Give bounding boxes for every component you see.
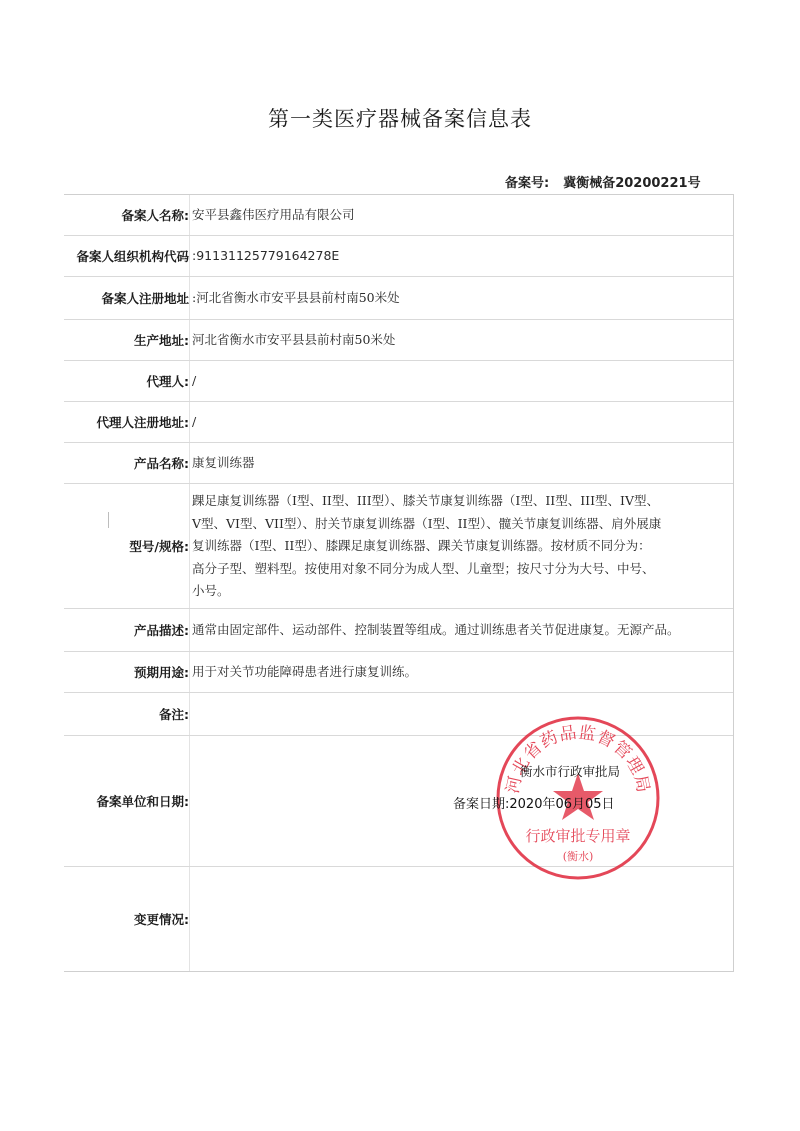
- row-product-description: 产品描述: 通常由固定部件、运动部件、控制装置等组成。通过训练患者关节促进康复。…: [64, 609, 733, 652]
- scan-artifact: [108, 512, 109, 528]
- product-name-label: 产品名称:: [64, 443, 190, 483]
- row-agent: 代理人: /: [64, 361, 733, 402]
- agent-label: 代理人:: [64, 361, 190, 401]
- registered-address-label: 备案人注册地址: [64, 277, 190, 319]
- intended-use-label: 预期用途:: [64, 652, 190, 692]
- agent-value: /: [190, 361, 733, 401]
- product-description-value: 通常由固定部件、运动部件、控制装置等组成。通过训练患者关节促进康复。无源产品。: [190, 609, 733, 651]
- record-number-value: 冀衡械备20200221号: [563, 176, 700, 191]
- filing-date-label: 备案日期:: [453, 797, 509, 812]
- filing-unit-date-label: 备案单位和日期:: [64, 736, 190, 866]
- agent-address-label: 代理人注册地址:: [64, 402, 190, 442]
- row-production-address: 生产地址: 河北省衡水市安平县县前村南50米处: [64, 320, 733, 361]
- row-agent-address: 代理人注册地址: /: [64, 402, 733, 443]
- agent-address-value: /: [190, 402, 733, 442]
- row-intended-use: 预期用途: 用于对关节功能障碍患者进行康复训练。: [64, 652, 733, 693]
- row-product-name: 产品名称: 康复训练器: [64, 443, 733, 484]
- filing-unit-name: 衡水市行政审批局: [520, 762, 620, 780]
- stamp-sub-text: (衡水): [563, 849, 594, 863]
- remarks-label: 备注:: [64, 693, 190, 735]
- model-spec-label: 型号/规格:: [64, 484, 190, 608]
- product-name-value: 康复训练器: [190, 443, 733, 483]
- production-address-label: 生产地址:: [64, 320, 190, 360]
- registered-address-value: :河北省衡水市安平县县前村南50米处: [190, 277, 733, 319]
- filing-date: 备案日期:2020年06月05日: [453, 793, 615, 812]
- record-number: 备案号:冀衡械备20200221号: [505, 172, 701, 191]
- production-address-value: 河北省衡水市安平县县前村南50米处: [190, 320, 733, 360]
- org-code-value: :91131125779164278E: [190, 236, 733, 276]
- applicant-name-label: 备案人名称:: [64, 195, 190, 235]
- filing-date-value: 2020年06月05日: [509, 797, 614, 812]
- row-applicant-name: 备案人名称: 安平县鑫伟医疗用品有限公司: [64, 195, 733, 236]
- page-title: 第一类医疗器械备案信息表: [0, 103, 800, 133]
- product-description-label: 产品描述:: [64, 609, 190, 651]
- org-code-label: 备案人组织机构代码: [64, 236, 190, 276]
- row-model-spec: 型号/规格: 踝足康复训练器（I型、II型、III型）、膝关节康复训练器（I型、…: [64, 484, 733, 609]
- row-org-code: 备案人组织机构代码 :91131125779164278E: [64, 236, 733, 277]
- row-registered-address: 备案人注册地址 :河北省衡水市安平县县前村南50米处: [64, 277, 733, 320]
- applicant-name-value: 安平县鑫伟医疗用品有限公司: [190, 195, 733, 235]
- record-number-label: 备案号:: [505, 176, 549, 191]
- model-spec-value: 踝足康复训练器（I型、II型、III型）、膝关节康复训练器（I型、II型、III…: [190, 484, 733, 608]
- stamp-inner-text: 行政审批专用章: [525, 827, 630, 845]
- changes-label: 变更情况:: [64, 867, 190, 971]
- intended-use-value: 用于对关节功能障碍患者进行康复训练。: [190, 652, 733, 692]
